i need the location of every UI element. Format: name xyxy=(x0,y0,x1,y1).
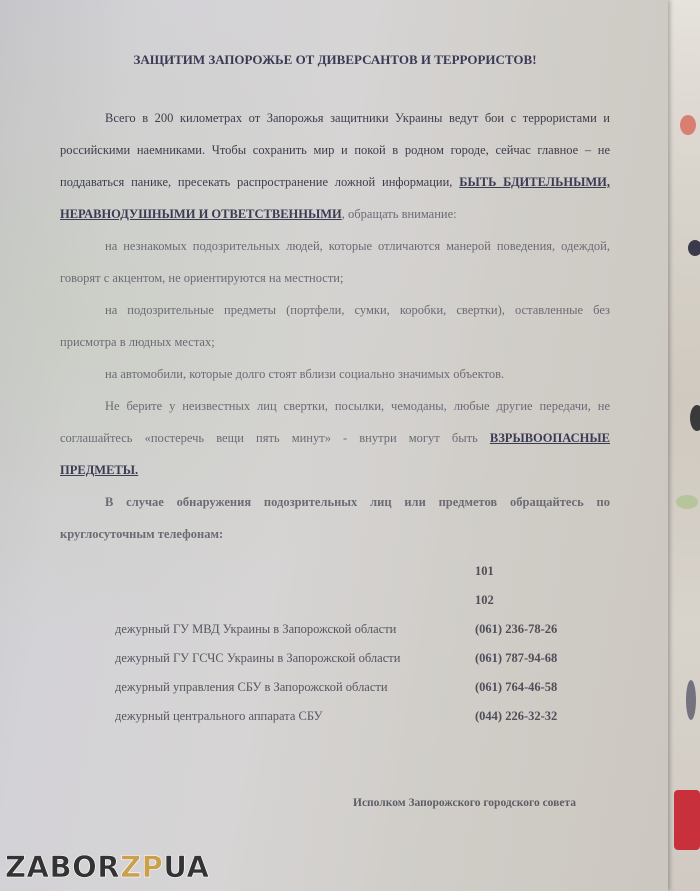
contact-label: дежурный ГУ ГСЧС Украины в Запорожской о… xyxy=(115,643,475,672)
contact-number: (061) 236-78-26 xyxy=(475,614,615,643)
contact-number: 102 xyxy=(475,585,615,614)
intro-text-end: , обращать внимание: xyxy=(342,207,457,221)
site-watermark-logo: ZABORZPUA xyxy=(5,850,209,884)
contact-label: дежурный управления СБУ в Запорожской об… xyxy=(115,672,475,701)
wall-stain xyxy=(686,680,696,720)
contact-row: 101 xyxy=(115,556,615,585)
contact-row: дежурный центрального аппарата СБУ (044)… xyxy=(115,701,615,730)
wall-stain xyxy=(688,240,700,256)
contact-label: дежурный центрального аппарата СБУ xyxy=(115,701,475,730)
background-wall xyxy=(668,0,700,891)
contact-label xyxy=(115,585,475,614)
wall-stain xyxy=(674,790,700,850)
signature: Исполком Запорожского городского совета xyxy=(353,797,576,809)
wall-stain xyxy=(690,405,700,431)
attention-item: на незнакомых подозрительных людей, кото… xyxy=(60,230,610,294)
contact-number: (061) 764-46-58 xyxy=(475,672,615,701)
contact-number: 101 xyxy=(475,556,615,585)
watermark-text-end: UA xyxy=(163,850,209,884)
contact-label: дежурный ГУ МВД Украины в Запорожской об… xyxy=(115,614,475,643)
contact-number: (044) 226-32-32 xyxy=(475,701,615,730)
intro-paragraph: Всего в 200 километрах от Запорожья защи… xyxy=(60,102,610,230)
contact-intro: В случае обнаружения подозрительных лиц … xyxy=(60,486,610,550)
watermark-text: ZABOR xyxy=(5,850,120,884)
watermark-accent: ZP xyxy=(120,850,163,884)
attention-item: на автомобили, которые долго стоят вблиз… xyxy=(60,358,610,390)
contact-label xyxy=(115,556,475,585)
leaflet-sheet: ЗАЩИТИМ ЗАПОРОЖЬЕ ОТ ДИВЕРСАНТОВ И ТЕРРО… xyxy=(0,0,668,891)
attention-item: на подозрительные предметы (портфели, су… xyxy=(60,294,610,358)
contact-row: дежурный управления СБУ в Запорожской об… xyxy=(115,672,615,701)
wall-stain xyxy=(676,495,698,509)
contact-row: дежурный ГУ МВД Украины в Запорожской об… xyxy=(115,614,615,643)
warning-paragraph: Не берите у неизвестных лиц свертки, пос… xyxy=(60,390,610,486)
wall-stain xyxy=(680,115,696,135)
contact-table: 101 102 дежурный ГУ МВД Украины в Запоро… xyxy=(115,556,615,730)
contact-row: дежурный ГУ ГСЧС Украины в Запорожской о… xyxy=(115,643,615,672)
document-title: ЗАЩИТИМ ЗАПОРОЖЬЕ ОТ ДИВЕРСАНТОВ И ТЕРРО… xyxy=(60,52,610,68)
document-body: ЗАЩИТИМ ЗАПОРОЖЬЕ ОТ ДИВЕРСАНТОВ И ТЕРРО… xyxy=(60,40,610,730)
contact-row: 102 xyxy=(115,585,615,614)
contact-number: (061) 787-94-68 xyxy=(475,643,615,672)
